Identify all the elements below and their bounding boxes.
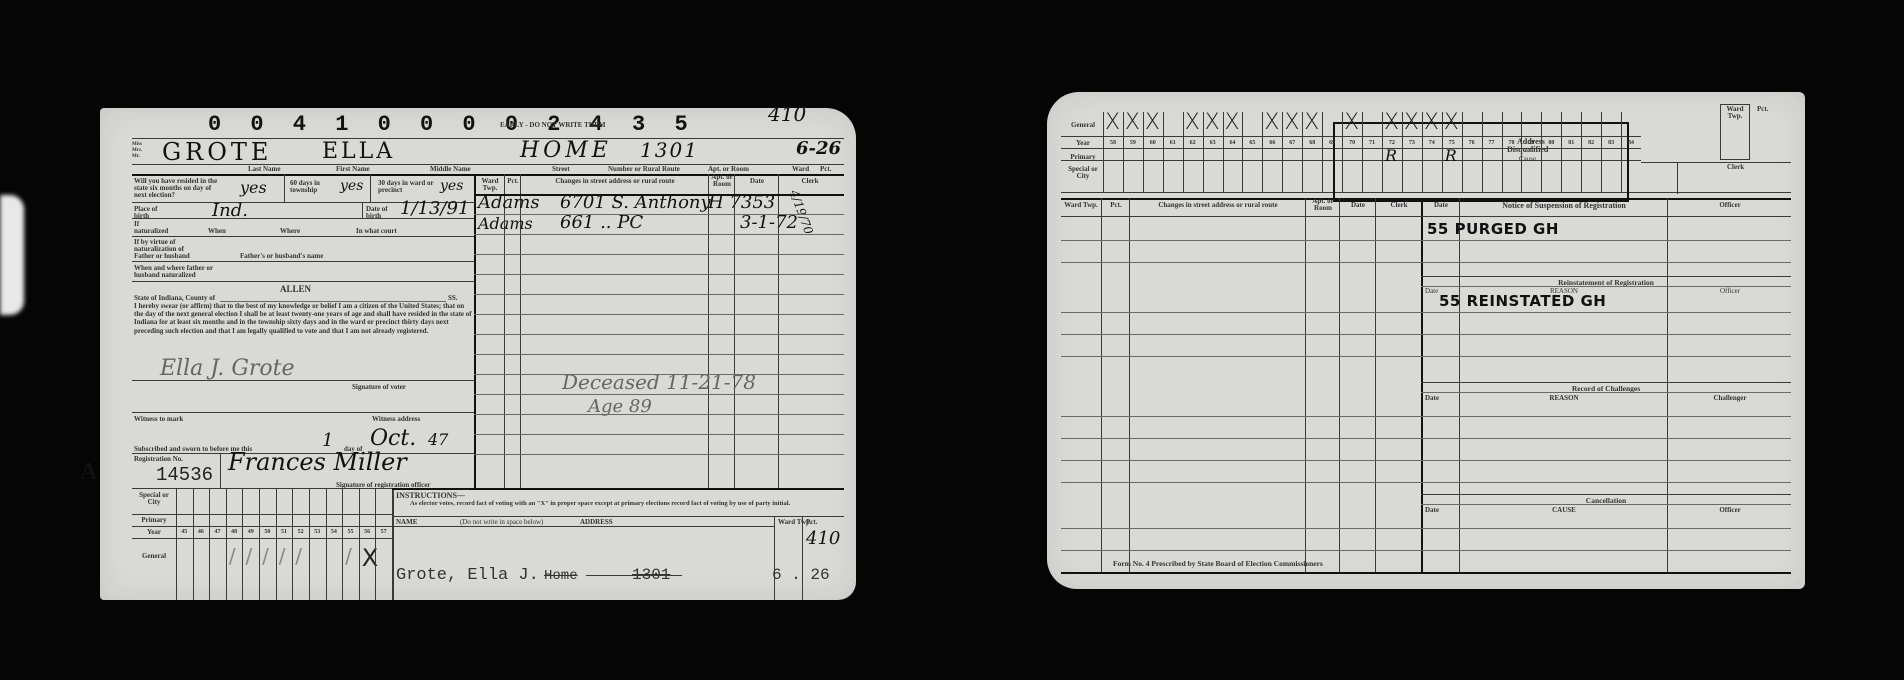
when-where-father-label: When and where father or husband natural… (134, 265, 224, 279)
middle-name-label: Middle Name (430, 166, 471, 173)
state-of-label: State of Indiana, County of (134, 295, 215, 302)
registration-card-back: General Year Primary Special or City Add… (1047, 92, 1805, 589)
witness-mark-label: Witness to mark (134, 416, 183, 423)
grid-year-cell: 67 (1282, 140, 1302, 146)
changes-header-date: Date (1341, 202, 1375, 209)
grid-year-cell: 74 (1422, 140, 1442, 146)
scan-artifact (0, 195, 24, 315)
instructions-title: INSTRUCTIONS— (396, 492, 465, 499)
vote-mark: / (345, 544, 352, 568)
naturalized-label: If naturalized (134, 221, 174, 235)
challenges-reason-header: REASON (1461, 395, 1667, 402)
vote-mark: X (1384, 110, 1399, 135)
six-months-label: Will you have resided in the state six m… (134, 178, 224, 199)
cancellation-date-header: Date (1425, 507, 1439, 514)
grid-year-cell: 82 (1581, 140, 1601, 146)
grid-year-cell: 81 (1561, 140, 1581, 146)
officer-signature: Frances Miller (228, 448, 407, 476)
challenges-challenger-header: Challenger (1669, 395, 1791, 402)
bottom-pct-label: Pct. (806, 519, 817, 526)
court-label: In what court (356, 228, 397, 235)
typed-name: Grote, Ella J. (396, 566, 539, 585)
corner-note: 410 (768, 102, 806, 126)
grid-year-cell: 51 (276, 529, 293, 535)
vote-mark: X (1424, 110, 1439, 135)
handwritten-pct: 410 (806, 528, 840, 549)
number-label: Number or Rural Route (608, 166, 680, 173)
vote-mark: / (295, 544, 302, 568)
suspension-officer-header: Officer (1669, 202, 1791, 209)
first-name-value: ELLA (322, 139, 395, 164)
change-row-2-address: 661 .. PC (560, 212, 643, 233)
apt-label: Apt. or Room (708, 166, 749, 173)
registration-card-front: 0 0 4 1 0 0 0 0 2 4 3 5 EARLY - DO NOT W… (100, 108, 856, 600)
changes-header-address: Changes in street address or rural route (522, 178, 708, 185)
grid-year-cell: 79 (1521, 140, 1541, 146)
vote-mark: X (1145, 110, 1160, 135)
where-label: Where (280, 228, 300, 235)
first-name-label: First Name (336, 166, 370, 173)
six-months-answer: yes (240, 178, 267, 197)
grid-year-cell: 69 (1322, 140, 1342, 146)
thirty-days-answer: yes (440, 178, 463, 194)
changes-header-ward: Ward Twp. (476, 178, 504, 192)
grid-year-cell: 59 (1123, 140, 1143, 146)
vote-mark: X (1284, 110, 1299, 135)
top-clerk-label: Clerk (1727, 164, 1744, 171)
vote-mark: / (245, 544, 252, 568)
sworn-year: 47 (428, 430, 448, 449)
vote-mark: X (1205, 110, 1220, 135)
vote-mark: X (1444, 110, 1459, 135)
voter-signature: Ella J. Grote (160, 356, 295, 381)
grid-year-cell: 58 (1103, 140, 1123, 146)
bottom-address-label: ADDRESS (580, 519, 613, 526)
grid-year-cell: 77 (1482, 140, 1502, 146)
grid-year-cell: 71 (1362, 140, 1382, 146)
grid-year-cell: 48 (226, 529, 243, 535)
typed-street: Home (544, 568, 578, 584)
grid-year-cell: 47 (209, 529, 226, 535)
grid-year-cell: 63 (1203, 140, 1223, 146)
vote-mark: X (1304, 110, 1319, 135)
primary-mark: R (1445, 146, 1457, 165)
grid-year-cell: 73 (1402, 140, 1422, 146)
changes-header-clerk: Clerk (1377, 202, 1421, 209)
grid-year-cell: 66 (1262, 140, 1282, 146)
bottom-name-label: NAME (396, 519, 417, 526)
purged-stamp: 55 PURGED GH (1427, 220, 1559, 238)
vote-mark: / (262, 544, 269, 568)
change-row-1-ward: Adams (478, 192, 540, 213)
changes-header-ward: Ward Twp. (1061, 202, 1101, 209)
change-row-2-date: 3-1-72 (740, 212, 798, 233)
grid-row-special: Special or City (1065, 166, 1101, 180)
challenges-date-header: Date (1425, 395, 1439, 402)
by-virtue-label: If by virtue of naturalization of Father… (134, 239, 194, 260)
vote-mark: X (1125, 110, 1140, 135)
vote-mark: / (229, 544, 236, 568)
grid-year-cell: 53 (309, 529, 326, 535)
number-value: 1301 (640, 138, 699, 162)
changes-header-address: Changes in street address or rural route (1131, 202, 1305, 209)
grid-year-cell: 46 (193, 529, 210, 535)
grid-row-primary: Primary (134, 517, 174, 524)
grid-year-cell: 68 (1302, 140, 1322, 146)
do-not-write-label: (Do not write in space below) (460, 519, 543, 526)
change-row-2-ward: Adams (478, 214, 533, 233)
changes-header-pct: Pct. (506, 178, 520, 185)
title-prefix: Miss Mrs. Mr. (132, 142, 146, 160)
vote-mark: / (279, 544, 286, 568)
grid-year-cell: 45 (176, 529, 193, 535)
typed-ward-pct: 6 . 26 (772, 566, 830, 584)
grid-year-cell: 50 (259, 529, 276, 535)
header-note: EARLY - DO NOT WRITE THEM (500, 122, 605, 129)
grid-year-cell: 57 (375, 529, 392, 535)
fathers-name-label: Father's or husband's name (240, 253, 323, 260)
challenges-title: Record of Challenges (1421, 385, 1791, 392)
top-pct-label: Pct. (1757, 106, 1768, 113)
grid-year-cell: 84 (1621, 140, 1641, 146)
form-footer: Form No. 4 Prescribed by State Board of … (1113, 560, 1323, 567)
last-name-value: GROTE (162, 138, 272, 166)
last-name-label: Last Name (248, 166, 280, 173)
grid-row-general: General (1065, 122, 1101, 129)
thirty-days-label: 30 days in ward or precinct (378, 180, 444, 194)
reinstatement-date-header: Date (1425, 288, 1438, 295)
grid-year-cell: 52 (292, 529, 309, 535)
ward-pct-value: 6-26 (796, 138, 841, 159)
top-ward-label: Ward Twp. (1721, 106, 1749, 120)
registration-no-value: 14536 (156, 464, 213, 486)
grid-year-cell: 80 (1541, 140, 1561, 146)
grid-year-cell: 49 (242, 529, 259, 535)
grid-row-year: Year (1065, 140, 1101, 147)
date-of-birth-value: 1/13/91 (400, 198, 469, 219)
grid-year-cell: 83 (1601, 140, 1621, 146)
change-row-1-apt: H 7353 (708, 192, 775, 213)
grid-year-cell: 64 (1223, 140, 1243, 146)
vote-mark: X (1105, 110, 1120, 135)
sixty-days-answer: yes (340, 178, 363, 194)
vote-mark: X (1404, 110, 1419, 135)
grid-year-cell: 78 (1502, 140, 1522, 146)
cancellation-officer-header: Officer (1669, 507, 1791, 514)
street-value: HOME (520, 138, 612, 163)
grid-year-cell: 55 (342, 529, 359, 535)
when-label: When (208, 228, 226, 235)
grid-year-cell: 70 (1342, 140, 1362, 146)
grid-year-cell: 62 (1183, 140, 1203, 146)
change-row-1-address: 6701 S. Anthony (560, 192, 711, 213)
changes-header-pct: Pct. (1103, 202, 1129, 209)
pct-label: Pct. (820, 166, 831, 173)
reinstatement-officer-header: Officer (1669, 288, 1791, 295)
grid-row-special: Special or City (134, 492, 174, 506)
primary-mark: R (1385, 146, 1397, 165)
grid-year-cell: 65 (1242, 140, 1262, 146)
suspension-date-header: Date (1423, 202, 1459, 209)
signature-voter-label: Signature of voter (352, 384, 406, 391)
vote-mark: X (1264, 110, 1279, 135)
cancellation-title: Cancellation (1421, 497, 1791, 504)
grid-year-cell: 76 (1462, 140, 1482, 146)
instructions-text: As elector votes, record fact of voting … (410, 500, 830, 507)
changes-header-clerk: Clerk (780, 178, 840, 185)
ward-label: Ward (792, 166, 809, 173)
witness-address-label: Witness address (372, 416, 420, 423)
reinstatement-title: Reinstatement of Registration (1421, 279, 1791, 286)
reinstated-stamp: 55 REINSTATED GH (1439, 292, 1606, 310)
county-value: ALLEN (280, 286, 311, 293)
changes-header-apt: Apt. or Room (710, 174, 734, 188)
cancellation-cause-header: CAUSE (1461, 507, 1667, 514)
suspension-title: Notice of Suspension of Registration (1461, 202, 1667, 209)
series-letter: A (80, 460, 97, 484)
vote-mark: X (1225, 110, 1240, 135)
street-label: Street (552, 166, 570, 173)
changes-header-apt: Apt. or Room (1307, 198, 1339, 212)
oath-text: I hereby swear (or affirm) that to the b… (134, 302, 474, 335)
grid-year-cell: 54 (326, 529, 343, 535)
registration-no-label: Registration No. (134, 456, 183, 463)
sixty-days-label: 60 days in township (290, 180, 340, 194)
grid-year-cell: 56 (359, 529, 376, 535)
ss-label: SS. (448, 295, 458, 302)
grid-year-cell: 61 (1163, 140, 1183, 146)
grid-row-year: Year (134, 529, 174, 536)
grid-year-cell: 60 (1143, 140, 1163, 146)
grid-row-general: General (134, 553, 174, 560)
vote-mark: X (1185, 110, 1200, 135)
vote-mark: X (1344, 110, 1359, 135)
changes-header-date: Date (736, 178, 778, 185)
serial-stamp: 0 0 4 1 0 0 0 0 2 4 3 5 (208, 112, 696, 137)
